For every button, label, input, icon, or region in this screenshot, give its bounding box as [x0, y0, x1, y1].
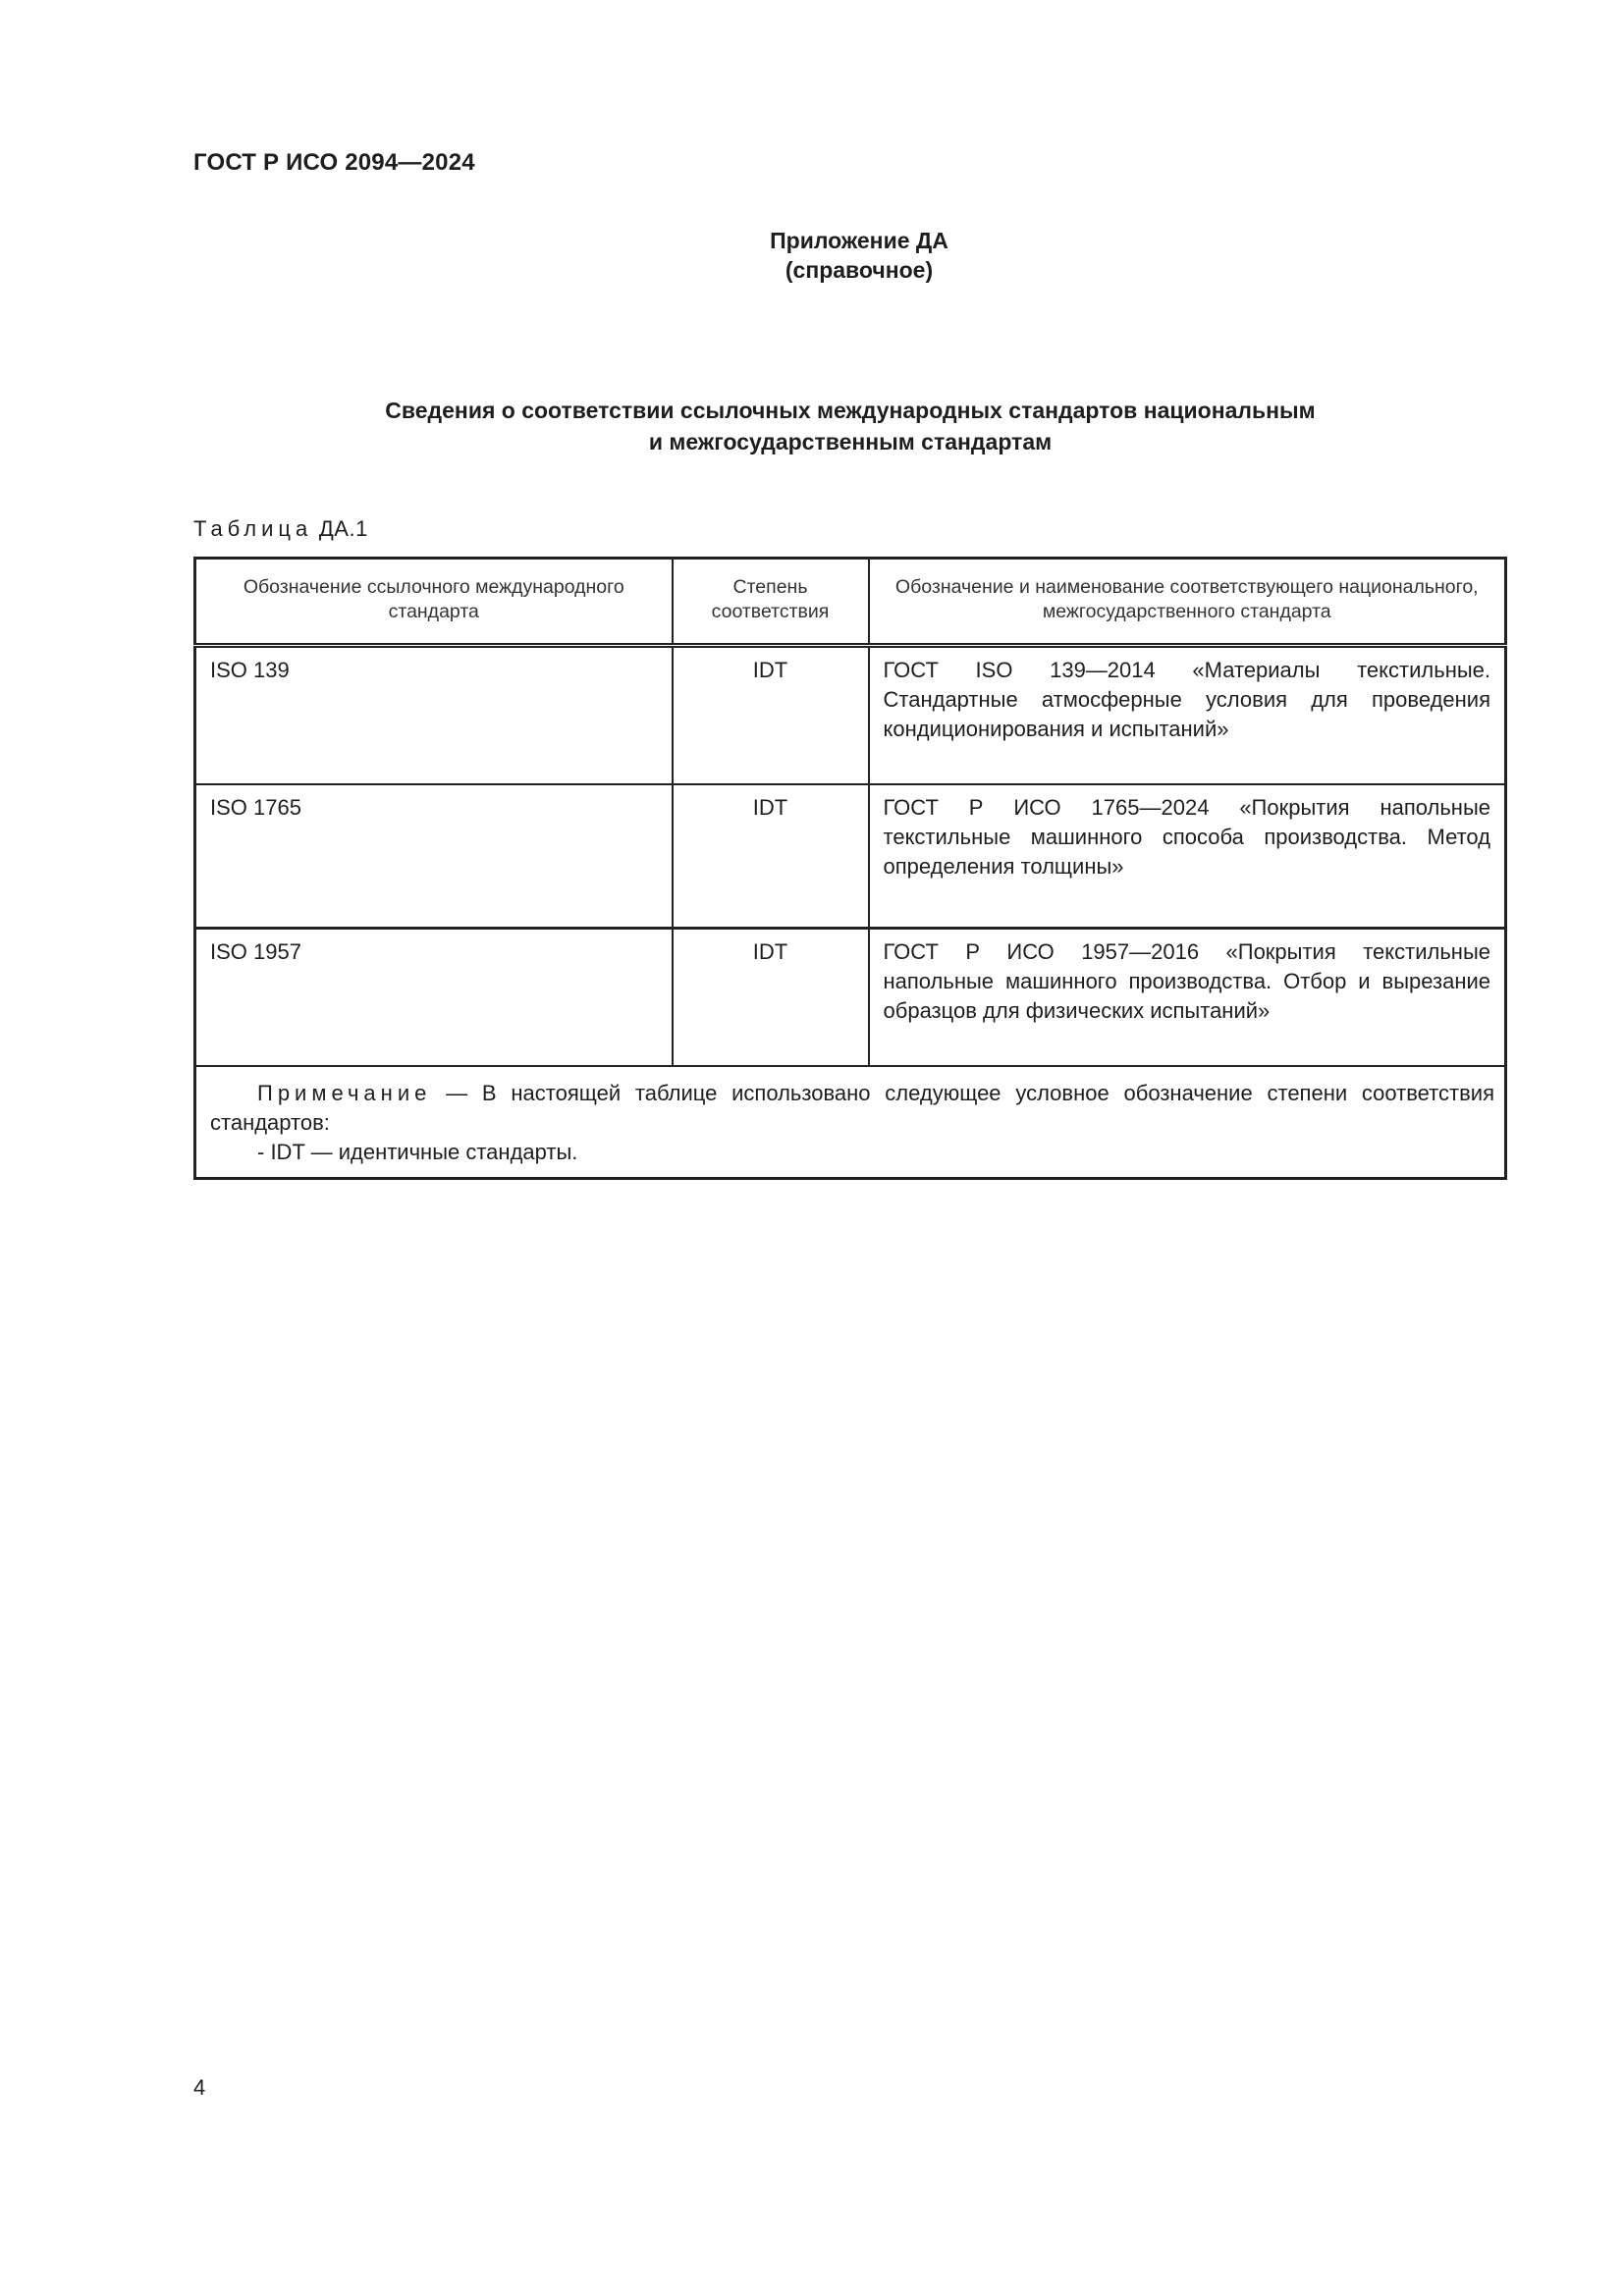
cell-national: ГОСТ ISO 139—2014 «Материалы текстильные… [869, 646, 1506, 785]
appendix-subtitle: (справочное) [0, 255, 1624, 285]
page-number: 4 [193, 2075, 205, 2101]
cell-international: ISO 139 [195, 646, 673, 785]
column-header-national: Обозначение и наименование соответствующ… [869, 559, 1506, 646]
column-header-international: Обозначение ссылочного международного ст… [195, 559, 673, 646]
cell-degree: IDT [673, 784, 869, 929]
cell-international: ISO 1765 [195, 784, 673, 929]
note-label: Примечание [257, 1081, 431, 1105]
table-caption-id: ДА.1 [319, 516, 368, 541]
table-note-row: Примечание — В настоящей таблице использ… [195, 1066, 1506, 1179]
cell-national: ГОСТ Р ИСО 1765—2024 «Покрытия напольные… [869, 784, 1506, 929]
section-title-line-2: и межгосударственным стандартам [193, 426, 1507, 457]
table-row: ISO 139 IDT ГОСТ ISO 139—2014 «Материалы… [195, 646, 1506, 785]
table-row: ISO 1957 IDT ГОСТ Р ИСО 1957—2016 «Покры… [195, 929, 1506, 1067]
table-note: Примечание — В настоящей таблице использ… [195, 1066, 1506, 1179]
cell-degree: IDT [673, 929, 869, 1067]
cell-degree: IDT [673, 646, 869, 785]
document-code: ГОСТ Р ИСО 2094—2024 [193, 149, 475, 177]
correspondence-table: Обозначение ссылочного международного ст… [193, 557, 1507, 1180]
cell-national: ГОСТ Р ИСО 1957—2016 «Покрытия текстильн… [869, 929, 1506, 1067]
appendix-title: Приложение ДА [0, 226, 1624, 255]
table-row: ISO 1765 IDT ГОСТ Р ИСО 1765—2024 «Покры… [195, 784, 1506, 929]
column-header-degree: Степень соответствия [673, 559, 869, 646]
cell-international: ISO 1957 [195, 929, 673, 1067]
table-caption: Таблица ДА.1 [193, 516, 368, 542]
note-item: - IDT — идентичные стандарты. [210, 1138, 1494, 1167]
table-caption-label: Таблица [193, 516, 312, 541]
table-header-row: Обозначение ссылочного международного ст… [195, 559, 1506, 646]
section-title: Сведения о соответствии ссылочных междун… [193, 395, 1507, 457]
appendix-heading: Приложение ДА (справочное) [0, 226, 1624, 285]
section-title-line-1: Сведения о соответствии ссылочных междун… [193, 395, 1507, 426]
